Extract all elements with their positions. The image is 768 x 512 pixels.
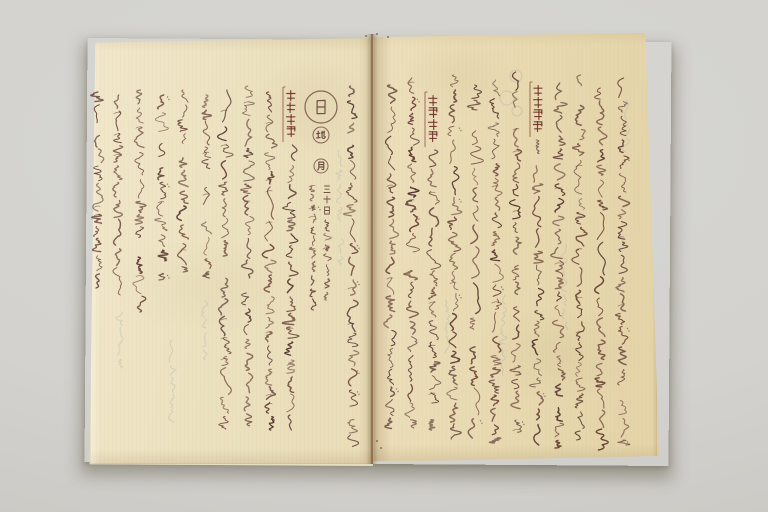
- circled-character: [313, 127, 329, 143]
- binding-speck: [376, 440, 378, 442]
- ghost-circle-mark: [512, 106, 522, 116]
- text-column: [113, 95, 123, 295]
- circled-character: [305, 91, 337, 123]
- text-column: [262, 92, 277, 430]
- binding-speck: [365, 35, 367, 37]
- text-column: [404, 78, 420, 428]
- interlinear-note-column: [309, 185, 321, 310]
- binding-speck: [380, 447, 382, 449]
- text-column: [177, 90, 188, 272]
- text-column: [510, 72, 525, 432]
- binding-speck: [376, 33, 378, 35]
- photograph-background: [0, 0, 768, 512]
- text-column: [488, 80, 504, 443]
- text-column: [241, 86, 255, 426]
- ghost-show-through-column: [169, 340, 176, 422]
- text-column: [615, 78, 629, 445]
- text-column: [425, 92, 441, 430]
- ghost-show-through-column: [116, 312, 123, 368]
- text-column: [595, 88, 609, 450]
- ghost-show-through-column: [336, 150, 343, 265]
- text-column: [218, 90, 233, 429]
- text-column: [155, 95, 170, 280]
- text-column: [467, 85, 483, 438]
- text-column: [529, 82, 545, 445]
- ghost-circle-mark: [500, 91, 514, 105]
- binding-speck: [387, 36, 389, 38]
- text-column: [384, 85, 399, 429]
- text-column: [572, 75, 587, 440]
- text-column: [91, 92, 104, 288]
- text-column: [282, 87, 298, 430]
- interlinear-note-column: [323, 186, 331, 300]
- ghost-show-through-column: [445, 300, 450, 353]
- handwriting-layer: [0, 0, 768, 512]
- text-column: [551, 83, 567, 448]
- text-column: [201, 95, 211, 278]
- text-column: [133, 90, 146, 312]
- text-column: [344, 86, 360, 446]
- ghost-show-through-column: [561, 245, 568, 330]
- circled-character: [314, 159, 328, 173]
- text-column: [447, 75, 462, 439]
- ghost-show-through-column: [202, 300, 208, 360]
